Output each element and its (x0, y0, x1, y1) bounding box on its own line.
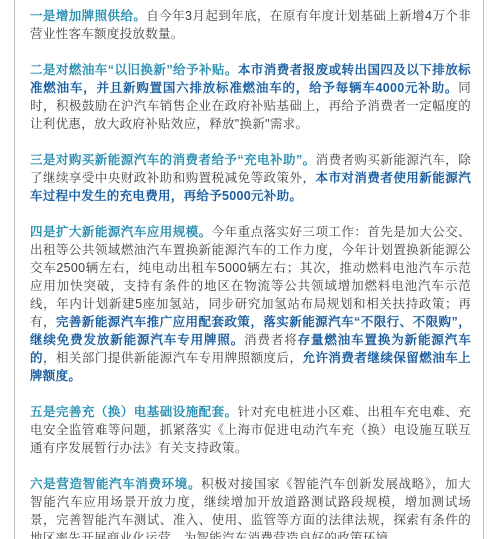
point-1-license-supply: 一是增加牌照供给。自今年3月起到年底，在原有年度计划基础上新增4万个非营业性客车… (30, 7, 471, 43)
point-heading: 二是对燃油车“以旧换新”给予补贴。 (30, 63, 238, 77)
body-text: 今年重点落实好三项工作：首先是加大公交、出租等公共领域燃油汽车置换新能源汽车的工… (30, 225, 471, 329)
body-text: 消费者将 (244, 333, 298, 347)
point-heading: 五是完善充（换）电基础设施配套。 (30, 405, 238, 419)
point-heading: 四是扩大新能源汽车应用规模。 (30, 225, 212, 239)
point-heading: 六是营造智能汽车消费环境。 (30, 477, 201, 491)
point-6-smart-car-environment: 六是营造智能汽车消费环境。积极对接国家《智能汽车创新发展战略》，加大智能汽车应用… (30, 475, 471, 539)
point-4-nev-application-scale: 四是扩大新能源汽车应用规模。今年重点落实好三项工作：首先是加大公交、出租等公共领… (30, 223, 471, 385)
body-text: ，相关部门提供新能源汽车专用牌照额度后， (43, 351, 303, 365)
point-3-charging-subsidy: 三是对购买新能源汽车的消费者给予“充电补助”。消费者购买新能源汽车，除了继续享受… (30, 151, 471, 205)
policy-text: 一是增加牌照供给。自今年3月起到年底，在原有年度计划基础上新增4万个非营业性客车… (14, 0, 484, 539)
point-2-trade-in-subsidy: 二是对燃油车“以旧换新”给予补贴。本市消费者报废或转出国四及以下排放标准燃油车，… (30, 61, 471, 133)
policy-document-page: 一是增加牌照供给。自今年3月起到年底，在原有年度计划基础上新增4万个非营业性客车… (0, 0, 499, 539)
point-heading: 三是对购买新能源汽车的消费者给予“充电补助”。 (30, 153, 316, 167)
point-heading: 一是增加牌照供给。 (30, 9, 146, 23)
point-5-charging-infrastructure: 五是完善充（换）电基础设施配套。针对充电桩进小区难、出租车充电难、充电安全监管难… (30, 403, 471, 457)
